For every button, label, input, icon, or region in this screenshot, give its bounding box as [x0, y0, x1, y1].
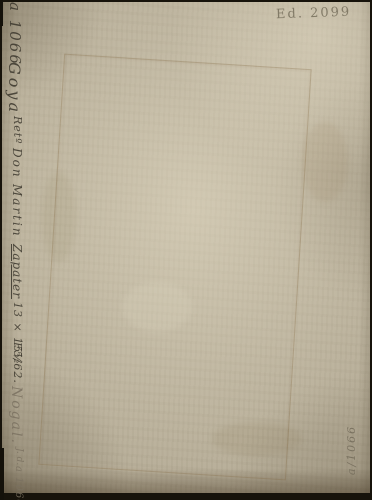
scanned-photo-verso: a 1066 Goya Retº Don Martin Zapater 13 ×… — [0, 0, 372, 500]
pencil-initials-inscription: J. d. — [14, 448, 24, 465]
sitter-firstname-inscription: Martin — [10, 184, 24, 238]
retrato-abbrev-inscription: Retº — [11, 116, 24, 144]
inventory-number-inscription: a 1066 — [6, 2, 24, 66]
paper-stain — [302, 122, 348, 202]
reference-code-inscription: F5/62. — [11, 342, 24, 384]
artist-name-inscription: Goya — [5, 62, 24, 115]
pencil-edition-number-top-right: Ed. 2099 — [276, 5, 352, 23]
pencil-inventory-number-bottom-right: a/1066 — [340, 405, 364, 495]
pencil-inventory-number-bottom-left: a 1066 — [13, 466, 24, 500]
print-impression-outline — [38, 54, 311, 481]
left-edge-inscriptions: a 1066 Goya Retº Don Martin Zapater 13 ×… — [0, 0, 28, 500]
pencil-name-inscription: Nogal. — [8, 386, 24, 445]
sitter-title-inscription: Don — [10, 148, 24, 179]
sitter-surname-inscription: Zapater — [10, 244, 24, 299]
